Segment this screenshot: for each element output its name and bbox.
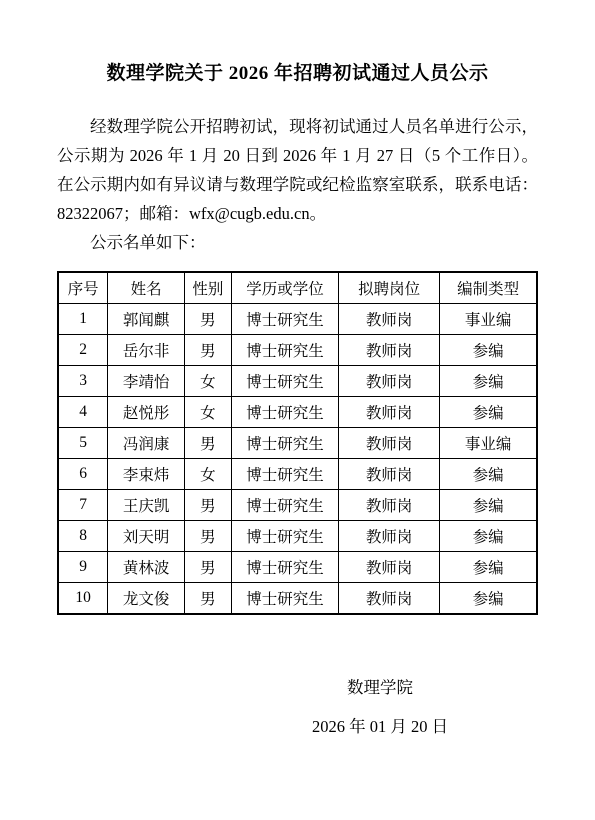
table-cell: 参编	[440, 397, 537, 428]
table-cell: 参编	[440, 521, 537, 552]
table-cell: 男	[184, 335, 231, 366]
table-cell: 教师岗	[339, 490, 440, 521]
table-cell: 教师岗	[339, 335, 440, 366]
table-cell: 男	[184, 583, 231, 615]
table-cell: 教师岗	[339, 583, 440, 615]
table-cell: 5	[58, 428, 108, 459]
table-cell: 男	[184, 552, 231, 583]
table-cell: 刘天明	[108, 521, 185, 552]
table-cell: 6	[58, 459, 108, 490]
table-cell: 教师岗	[339, 397, 440, 428]
table-cell: 博士研究生	[231, 366, 338, 397]
table-cell: 教师岗	[339, 459, 440, 490]
table-cell: 参编	[440, 335, 537, 366]
table-cell: 7	[58, 490, 108, 521]
table-cell: 博士研究生	[231, 459, 338, 490]
table-cell: 教师岗	[339, 521, 440, 552]
table-cell: 教师岗	[339, 366, 440, 397]
table-cell: 博士研究生	[231, 335, 338, 366]
table-cell: 博士研究生	[231, 428, 338, 459]
table-row: 8刘天明男博士研究生教师岗参编	[58, 521, 537, 552]
roster-table: 序号姓名性别学历或学位拟聘岗位编制类型 1郭闻麒男博士研究生教师岗事业编2岳尔非…	[57, 271, 538, 615]
table-row: 5冯润康男博士研究生教师岗事业编	[58, 428, 537, 459]
table-cell: 博士研究生	[231, 397, 338, 428]
table-cell: 男	[184, 428, 231, 459]
table-cell: 教师岗	[339, 552, 440, 583]
table-cell: 4	[58, 397, 108, 428]
table-header-cell: 拟聘岗位	[339, 272, 440, 304]
table-row: 4赵悦彤女博士研究生教师岗参编	[58, 397, 537, 428]
table-header-cell: 序号	[58, 272, 108, 304]
table-cell: 8	[58, 521, 108, 552]
table-cell: 女	[184, 366, 231, 397]
table-cell: 男	[184, 490, 231, 521]
table-cell: 冯润康	[108, 428, 185, 459]
table-cell: 李束炜	[108, 459, 185, 490]
table-cell: 博士研究生	[231, 490, 338, 521]
table-cell: 参编	[440, 459, 537, 490]
table-cell: 事业编	[440, 304, 537, 335]
table-header-cell: 性别	[184, 272, 231, 304]
table-row: 3李靖怡女博士研究生教师岗参编	[58, 366, 537, 397]
table-header-row: 序号姓名性别学历或学位拟聘岗位编制类型	[58, 272, 537, 304]
table-cell: 教师岗	[339, 304, 440, 335]
table-row: 1郭闻麒男博士研究生教师岗事业编	[58, 304, 537, 335]
table-header-cell: 学历或学位	[231, 272, 338, 304]
table-cell: 教师岗	[339, 428, 440, 459]
table-row: 7王庆凯男博士研究生教师岗参编	[58, 490, 537, 521]
table-cell: 参编	[440, 366, 537, 397]
table-row: 6李束炜女博士研究生教师岗参编	[58, 459, 537, 490]
signature-org: 数理学院	[222, 677, 538, 699]
signature-date: 2026 年 01 月 20 日	[222, 716, 538, 738]
table-cell: 男	[184, 304, 231, 335]
table-cell: 事业编	[440, 428, 537, 459]
table-cell: 博士研究生	[231, 521, 338, 552]
table-row: 9黄林波男博士研究生教师岗参编	[58, 552, 537, 583]
table-cell: 10	[58, 583, 108, 615]
signature-block: 数理学院 2026 年 01 月 20 日	[57, 677, 538, 738]
table-cell: 博士研究生	[231, 583, 338, 615]
table-cell: 男	[184, 521, 231, 552]
list-intro: 公示名单如下：	[57, 228, 538, 257]
document-page: 数理学院关于 2026 年招聘初试通过人员公示 经数理学院公开招聘初试，现将初试…	[0, 0, 595, 820]
table-cell: 1	[58, 304, 108, 335]
table-cell: 参编	[440, 552, 537, 583]
table-cell: 博士研究生	[231, 304, 338, 335]
table-cell: 李靖怡	[108, 366, 185, 397]
table-cell: 女	[184, 459, 231, 490]
table-cell: 岳尔非	[108, 335, 185, 366]
table-header-cell: 姓名	[108, 272, 185, 304]
table-cell: 赵悦彤	[108, 397, 185, 428]
table-cell: 龙文俊	[108, 583, 185, 615]
table-cell: 参编	[440, 490, 537, 521]
table-cell: 2	[58, 335, 108, 366]
table-row: 2岳尔非男博士研究生教师岗参编	[58, 335, 537, 366]
table-cell: 郭闻麒	[108, 304, 185, 335]
table-cell: 黄林波	[108, 552, 185, 583]
intro-paragraph: 经数理学院公开招聘初试，现将初试通过人员名单进行公示，公示期为 2026 年 1…	[57, 112, 538, 228]
table-cell: 9	[58, 552, 108, 583]
document-title: 数理学院关于 2026 年招聘初试通过人员公示	[57, 60, 538, 88]
table-cell: 3	[58, 366, 108, 397]
table-cell: 参编	[440, 583, 537, 615]
table-cell: 王庆凯	[108, 490, 185, 521]
table-cell: 博士研究生	[231, 552, 338, 583]
table-cell: 女	[184, 397, 231, 428]
table-header-cell: 编制类型	[440, 272, 537, 304]
table-row: 10龙文俊男博士研究生教师岗参编	[58, 583, 537, 615]
